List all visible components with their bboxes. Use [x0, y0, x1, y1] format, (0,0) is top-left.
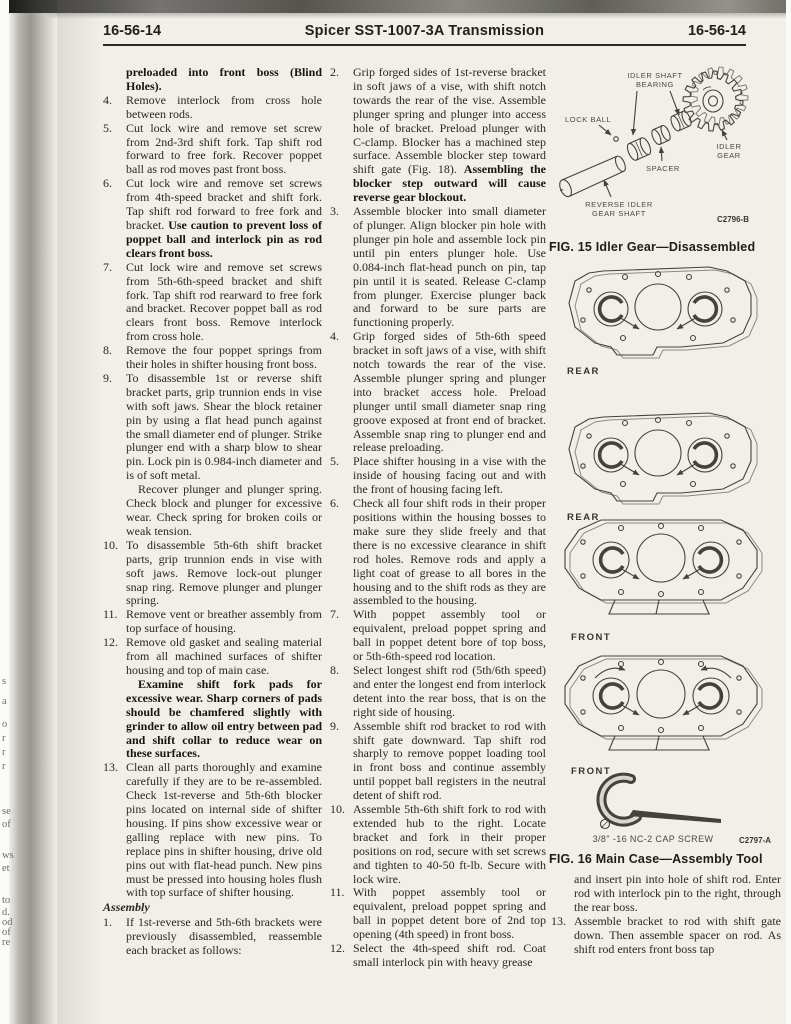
rotate-arrow-left: [595, 668, 625, 678]
case-view-front-1: [565, 520, 762, 614]
list-item: 10.Assemble 5th-6th shift fork to rod wi…: [330, 803, 546, 886]
list-item: 11.With poppet assembly tool or equivale…: [330, 886, 546, 942]
item-number: 1.: [103, 916, 126, 958]
item-text: Remove vent or breather assembly from to…: [126, 608, 322, 636]
item-number: 7.: [330, 608, 353, 664]
scan-top-shadow: [0, 13, 791, 19]
text-column-left: preloaded into front boss (Blind Holes).…: [103, 66, 322, 958]
list-item: 11.Remove vent or breather assembly from…: [103, 608, 322, 636]
fig16-view-label-1: REAR: [567, 366, 600, 377]
list-item: 3.Assemble blocker into small diameter o…: [330, 205, 546, 330]
fig15-label-lock-ball: LOCK BALL: [565, 115, 611, 124]
bleed-text-fragment: r: [2, 747, 6, 758]
assembly-tool: [601, 778, 722, 829]
list-item: 2.Grip forged sides of 1st-reverse brack…: [330, 66, 546, 205]
list-item: 5.Place shifter housing in a vise with t…: [330, 455, 546, 497]
bleed-text-fragment: to: [2, 895, 10, 906]
book-gutter-shadow: [9, 13, 57, 1024]
fig16-view-label-3: FRONT: [571, 632, 611, 643]
list-item: preloaded into front boss (Blind Holes).: [103, 66, 322, 94]
bleed-text-fragment: ws: [2, 850, 14, 861]
item-number: 11.: [330, 886, 353, 942]
item-number: 13.: [103, 761, 126, 900]
item-number: 12.: [103, 636, 126, 678]
item-number: 9.: [103, 372, 126, 483]
item-number: 4.: [330, 330, 353, 455]
item-text: Assemble blocker into small diameter of …: [353, 205, 546, 330]
item-text: With poppet assembly tool or equivalent,…: [353, 608, 546, 664]
section-heading: Assembly: [103, 901, 322, 915]
item-text: Remove the four poppet springs from thei…: [126, 344, 322, 372]
item-number: 11.: [103, 608, 126, 636]
page-header: 16-56-14 Spicer SST-1007-3A Transmission…: [103, 23, 746, 39]
page-number-right: 16-56-14: [688, 23, 746, 39]
list-item: 10.To disassemble 5th-6th shift bracket …: [103, 539, 322, 609]
item-number: 3.: [330, 205, 353, 330]
list-item: 6.Cut lock wire and remove set screws fr…: [103, 177, 322, 260]
list-item: 5.Cut lock wire and remove set screw fro…: [103, 122, 322, 178]
idler-shaft-bearing-2: [669, 110, 693, 132]
fig15-label-shaft-line1: REVERSE IDLER: [585, 200, 653, 209]
fig16-view-label-4: FRONT: [571, 766, 611, 777]
item-number: [103, 483, 126, 539]
item-number: 2.: [330, 66, 353, 205]
spacer-part: [650, 124, 672, 146]
page-curl-shadow: [57, 0, 103, 1024]
scan-top-edge: [0, 0, 791, 13]
item-text: With poppet assembly tool or equivalent,…: [353, 886, 546, 942]
item-text: Clean all parts thoroughly and examine c…: [126, 761, 322, 900]
manual-page: saorrrseofwsettod.odofre 16-56-14 Spicer…: [0, 0, 791, 1024]
item-text: Cut lock wire and remove set screws from…: [126, 261, 322, 344]
header-title: Spicer SST-1007-3A Transmission: [161, 23, 688, 39]
fig16-view-label-2: REAR: [567, 512, 600, 523]
fig15-label-shaft-line2: GEAR SHAFT: [592, 209, 646, 218]
list-item: 6.Check all four shift rods in their pro…: [330, 497, 546, 608]
list-item: Recover plunger and plunger spring. Chec…: [103, 483, 322, 539]
item-text: Cut lock wire and remove set screws from…: [126, 177, 322, 260]
item-number: [103, 66, 126, 94]
item-number: 6.: [103, 177, 126, 260]
list-item: 9.To disassemble 1st or reverse shift br…: [103, 372, 322, 483]
text-column-right: and insert pin into hole of shift rod. E…: [551, 873, 781, 956]
bleed-text-fragment: et: [2, 863, 10, 874]
page-number-left: 16-56-14: [103, 23, 161, 39]
fig15-idler-gear-drawing: IDLER SHAFT BEARING LOCK BALL IDLER GEAR…: [549, 58, 781, 236]
item-number: 7.: [103, 261, 126, 344]
bleed-text-fragment: a: [2, 696, 7, 707]
item-text: preloaded into front boss (Blind Holes).: [126, 66, 322, 94]
fig15-label-idler-gear-line1: IDLER: [716, 142, 741, 151]
item-text: Grip forged sides of 5th-6th speed brack…: [353, 330, 546, 455]
item-text: Cut lock wire and remove set screw from …: [126, 122, 322, 178]
fig15-label-bearing-line1: IDLER SHAFT: [627, 71, 682, 80]
item-number: [103, 678, 126, 761]
item-number: 8.: [103, 344, 126, 372]
item-text: Select longest shift rod (5th/6th speed)…: [353, 664, 546, 720]
header-rule: [103, 44, 746, 46]
fig15-label-idler-gear-line2: GEAR: [717, 151, 741, 160]
item-text: and insert pin into hole of shift rod. E…: [574, 873, 781, 915]
fig16-tool-label: 3/8" -16 NC-2 CAP SCREW: [593, 834, 714, 844]
bleed-text-fragment: o: [2, 719, 7, 730]
item-text: Remove interlock from cross hole between…: [126, 94, 322, 122]
list-item: Examine shift fork pads for excessive we…: [103, 678, 322, 761]
item-number: [551, 873, 574, 915]
item-number: 10.: [330, 803, 353, 886]
item-number: 8.: [330, 664, 353, 720]
item-text: Remove old gasket and sealing material f…: [126, 636, 322, 678]
fig15-label-bearing-line2: BEARING: [636, 80, 674, 89]
bleed-text-fragment: se: [2, 806, 11, 817]
rotate-arrow-right: [701, 668, 731, 678]
fig15-label-spacer: SPACER: [646, 164, 680, 173]
item-text: Examine shift fork pads for excessive we…: [126, 678, 322, 761]
list-item: 1.If 1st-reverse and 5th-6th brackets we…: [103, 916, 322, 958]
item-text: If 1st-reverse and 5th-6th brackets were…: [126, 916, 322, 958]
text-column-middle: 2.Grip forged sides of 1st-reverse brack…: [330, 66, 546, 970]
list-item: 8.Select longest shift rod (5th/6th spee…: [330, 664, 546, 720]
item-text: Check all four shift rods in their prope…: [353, 497, 546, 608]
bleed-text-fragment: of: [2, 819, 11, 830]
lock-ball: [614, 137, 619, 142]
item-text: Recover plunger and plunger spring. Chec…: [126, 483, 322, 539]
list-item: and insert pin into hole of shift rod. E…: [551, 873, 781, 915]
list-item: 13.Assemble bracket to rod with shift ga…: [551, 915, 781, 957]
item-number: 12.: [330, 942, 353, 970]
fig15-caption: FIG. 15 Idler Gear—Disassembled: [549, 240, 781, 254]
leader-arrows: [599, 91, 727, 197]
list-item: 12.Remove old gasket and sealing materia…: [103, 636, 322, 678]
bleed-text-fragment: r: [2, 733, 6, 744]
figure-column: IDLER SHAFT BEARING LOCK BALL IDLER GEAR…: [549, 58, 781, 1018]
item-text: Select the 4th-speed shift rod. Coat sma…: [353, 942, 546, 970]
item-number: 6.: [330, 497, 353, 608]
bleed-text-fragment: r: [2, 761, 6, 772]
bleed-text-fragment: re: [2, 937, 10, 948]
bleed-text-fragment: s: [2, 676, 6, 687]
item-number: 9.: [330, 720, 353, 803]
idler-shaft-bearing-1: [625, 136, 652, 161]
list-item: 7.With poppet assembly tool or equivalen…: [330, 608, 546, 664]
list-item: 8.Remove the four poppet springs from th…: [103, 344, 322, 372]
list-item: 4.Remove interlock from cross hole betwe…: [103, 94, 322, 122]
list-item: 12.Select the 4th-speed shift rod. Coat …: [330, 942, 546, 970]
item-number: 4.: [103, 94, 126, 122]
list-item: 9.Assemble shift rod bracket to rod with…: [330, 720, 546, 803]
item-text: To disassemble 1st or reverse shift brac…: [126, 372, 322, 483]
scan-right-edge: [786, 0, 791, 1024]
fig15-art-code: C2796-B: [717, 215, 749, 224]
item-text: Assemble shift rod bracket to rod with s…: [353, 720, 546, 803]
list-item: 13.Clean all parts thoroughly and examin…: [103, 761, 322, 900]
item-text: Assemble bracket to rod with shift gate …: [574, 915, 781, 957]
item-text: Place shifter housing in a vise with the…: [353, 455, 546, 497]
reverse-idler-gear-shaft: [556, 154, 627, 199]
item-number: 5.: [330, 455, 353, 497]
case-view-rear-2: [569, 413, 757, 504]
fig16-art-code: C2797-A: [739, 836, 771, 845]
item-text: Assemble 5th-6th shift fork to rod with …: [353, 803, 546, 886]
item-number: 10.: [103, 539, 126, 609]
list-item: 4.Grip forged sides of 5th-6th speed bra…: [330, 330, 546, 455]
item-number: 13.: [551, 915, 574, 957]
list-item: 7.Cut lock wire and remove set screws fr…: [103, 261, 322, 344]
item-number: 5.: [103, 122, 126, 178]
fig16-caption: FIG. 16 Main Case—Assembly Tool: [549, 852, 781, 866]
item-text: Grip forged sides of 1st-reverse bracket…: [353, 66, 546, 205]
case-view-rear-1: [569, 267, 757, 358]
item-text: To disassemble 5th-6th shift bracket par…: [126, 539, 322, 609]
idler-gear-part: [683, 67, 748, 131]
fig16-main-case-drawing: REAR REAR FRONT FRONT 3/8" -16 NC-2 CAP …: [549, 262, 777, 847]
case-view-front-2: [565, 656, 762, 750]
